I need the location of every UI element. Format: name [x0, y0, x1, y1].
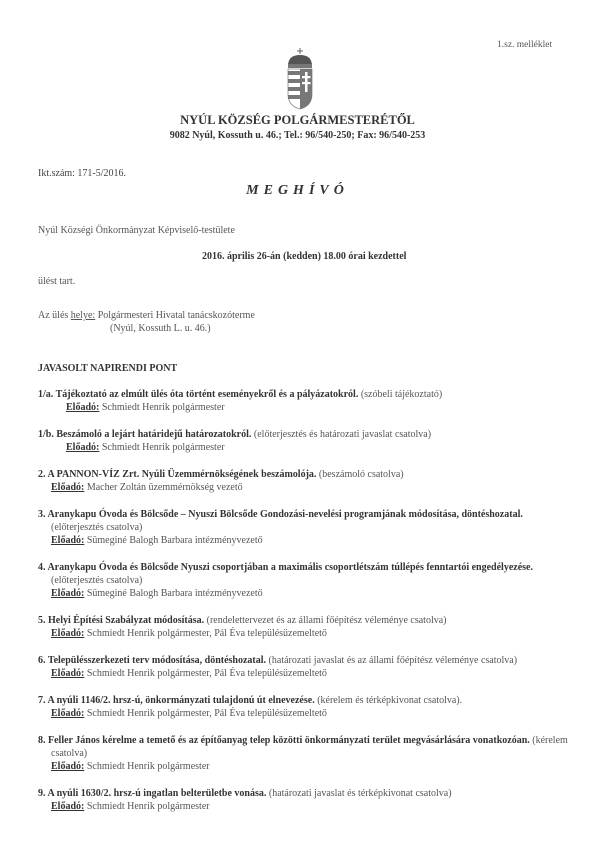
agenda-item: 5. Helyi Építési Szabályzat módosítása. … — [38, 614, 568, 640]
presenter-label: Előadó: — [51, 708, 84, 719]
agenda-item-title: A nyúli 1630/2. hrsz-ú ingatlan belterül… — [47, 788, 268, 799]
presenter-label: Előadó: — [51, 628, 84, 639]
agenda-item-note: (kérelem és térképkivonat csatolva). — [317, 695, 462, 706]
presenter-label: Előadó: — [51, 588, 84, 599]
presenter-name: Schmiedt Henrik polgármester, Pál Éva te… — [84, 628, 327, 639]
agenda-item: 1/a. Tájékoztató az elmúlt ülés óta tört… — [38, 388, 568, 414]
agenda-item: 2. A PANNON-VÍZ Zrt. Nyúli Üzemmérnökség… — [38, 468, 568, 494]
organization-address: 9082 Nyúl, Kossuth u. 46.; Tel.: 96/540-… — [0, 130, 595, 141]
annex-label: 1.sz. melléklet — [497, 40, 552, 50]
agenda-item-title: Aranykapu Óvoda és Bölcsőde – Nyuszi Böl… — [47, 509, 522, 520]
agenda-item-note: (előterjesztés és határozati javaslat cs… — [254, 429, 431, 440]
presenter-label: Előadó: — [66, 442, 99, 453]
agenda-item-note: (előterjesztés csatolva) — [51, 522, 142, 533]
document-title: MEGHÍVÓ — [0, 183, 595, 199]
presenter-label: Előadó: — [51, 761, 84, 772]
presenter-label: Előadó: — [51, 668, 84, 679]
agenda-item-number: 5. — [38, 615, 48, 626]
agenda-item: 7. A nyúli 1146/2. hrsz-ú, önkormányzati… — [38, 694, 568, 720]
venue-line: Az ülés helye: Polgármesteri Hivatal tan… — [38, 310, 255, 321]
agenda-item: 9. A nyúli 1630/2. hrsz-ú ingatlan belte… — [38, 787, 568, 813]
agenda-item: 6. Településszerkezeti terv módosítása, … — [38, 654, 568, 680]
presenter-label: Előadó: — [66, 402, 99, 413]
venue-name: Polgármesteri Hivatal tanácskozóterme — [98, 310, 255, 321]
agenda-item-number: 1/a. — [38, 389, 56, 400]
agenda-item-title: Településszerkezeti terv módosítása, dön… — [48, 655, 269, 666]
venue-address: (Nyúl, Kossuth L. u. 46.) — [110, 323, 211, 334]
presenter-name: Sümeginé Balogh Barbara intézményvezető — [84, 588, 262, 599]
presenter-name: Macher Zoltán üzemmérnökség vezető — [84, 482, 242, 493]
agenda-item-title: Helyi Építési Szabályzat módosítása. — [48, 615, 207, 626]
agenda-item: 4. Aranykapu Óvoda és Bölcsőde Nyuszi cs… — [38, 561, 568, 600]
agenda-item-note: (rendelettervezet és az állami főépítész… — [207, 615, 447, 626]
agenda-item-title: Tájékoztató az elmúlt ülés óta történt e… — [56, 389, 361, 400]
agenda-item-note: (határozati javaslat és térképkivonat cs… — [269, 788, 452, 799]
agenda-item-number: 8. — [38, 735, 48, 746]
presenter-name: Schmiedt Henrik polgármester, Pál Éva te… — [84, 668, 327, 679]
agenda-item-number: 6. — [38, 655, 48, 666]
agenda-item-title: Beszámoló a lejárt határidejű határozato… — [56, 429, 254, 440]
agenda-item-title: Aranykapu Óvoda és Bölcsőde Nyuszi csopo… — [47, 562, 533, 573]
presenter-name: Schmiedt Henrik polgármester — [99, 402, 224, 413]
presenter-label: Előadó: — [51, 535, 84, 546]
agenda-item-title: A nyúli 1146/2. hrsz-ú, önkormányzati tu… — [47, 695, 317, 706]
presenter-label: Előadó: — [51, 482, 84, 493]
session-text: ülést tart. — [38, 276, 75, 287]
invited-body: Nyúl Községi Önkormányzat Képviselő-test… — [38, 225, 235, 236]
venue-label: helye: — [71, 310, 95, 321]
agenda-item: 8. Feller János kérelme a temető és az é… — [38, 734, 568, 773]
agenda-item-note: (határozati javaslat és az állami főépít… — [269, 655, 518, 666]
agenda-item-note: (előterjesztés csatolva) — [51, 575, 142, 586]
agenda-item: 1/b. Beszámoló a lejárt határidejű határ… — [38, 428, 568, 454]
agenda-item-note: (szóbeli tájékoztató) — [361, 389, 442, 400]
reference-number: Ikt.szám: 171-5/2016. — [38, 168, 126, 179]
presenter-label: Előadó: — [51, 801, 84, 812]
organization-name: NYÚL KÖZSÉG POLGÁRMESTERÉTŐL — [0, 113, 595, 128]
agenda-item: 3. Aranykapu Óvoda és Bölcsőde – Nyuszi … — [38, 508, 568, 547]
agenda-item-note: (beszámoló csatolva) — [319, 469, 404, 480]
coat-of-arms-icon — [285, 48, 315, 110]
presenter-name: Schmiedt Henrik polgármester — [84, 801, 209, 812]
presenter-name: Sümeginé Balogh Barbara intézményvezető — [84, 535, 262, 546]
agenda-item-title: A PANNON-VÍZ Zrt. Nyúli Üzemmérnökségéne… — [47, 469, 318, 480]
agenda-heading: JAVASOLT NAPIRENDI PONT — [38, 363, 177, 374]
agenda-item-number: 1/b. — [38, 429, 56, 440]
meeting-datetime: 2016. április 26-án (kedden) 18.00 órai … — [202, 251, 406, 262]
agenda-item-title: Feller János kérelme a temető és az épít… — [48, 735, 532, 746]
agenda-list: 1/a. Tájékoztató az elmúlt ülés óta tört… — [38, 388, 568, 827]
presenter-name: Schmiedt Henrik polgármester — [84, 761, 209, 772]
venue-prefix: Az ülés — [38, 310, 71, 321]
presenter-name: Schmiedt Henrik polgármester — [99, 442, 224, 453]
presenter-name: Schmiedt Henrik polgármester, Pál Éva te… — [84, 708, 327, 719]
